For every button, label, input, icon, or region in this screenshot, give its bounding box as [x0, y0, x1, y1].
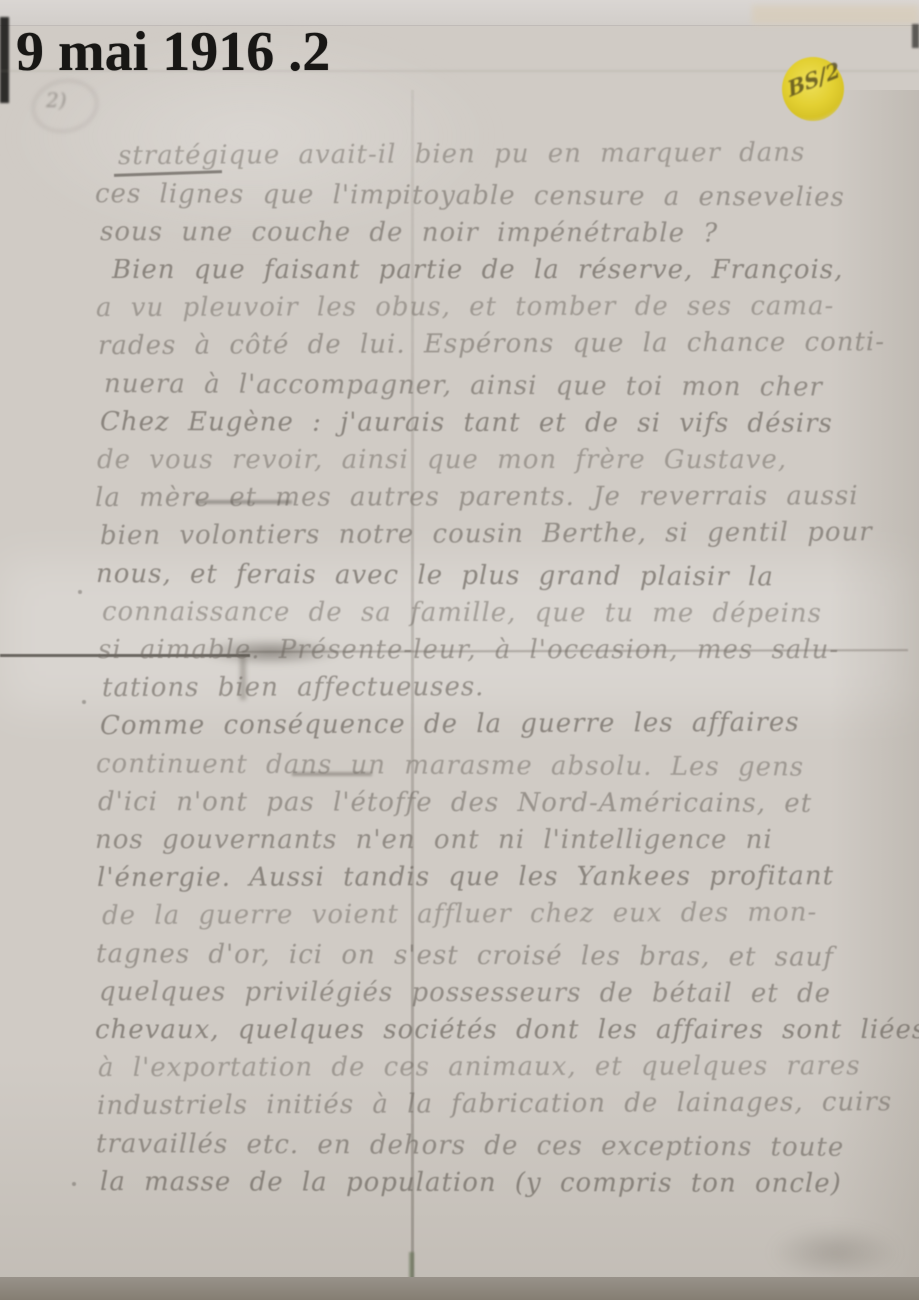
handwriting-line: l'énergie. Aussi tandis que les Yankees … [97, 863, 834, 891]
handwriting-line: bien volontiers notre cousin Berthe, si … [100, 519, 873, 549]
word-smear [196, 500, 292, 504]
handwriting-line: travaillés etc. en dehors de ces excepti… [96, 1131, 844, 1161]
handwriting-line: chevaux, quelques sociétés dont les affa… [95, 1017, 919, 1043]
handwriting-line: si aimable. Présente-leur, à l'occasion,… [98, 637, 839, 663]
scanned-letter-page: 9 mai 1916 .2 2) BS/2 stratégique avait-… [0, 0, 919, 1300]
table-surface-bottom [0, 1277, 919, 1300]
handwriting-line: rades à côté de lui. Espérons que la cha… [98, 329, 885, 359]
handwriting-line: a vu pleuvoir les obus, et tomber de ses… [96, 293, 834, 321]
handwriting-line: de vous revoir, ainsi que mon frère Gust… [97, 447, 787, 473]
handwriting-line: la masse de la population (y compris ton… [100, 1169, 842, 1197]
handwriting-line: à l'exportation de ces animaux, et quelq… [98, 1053, 861, 1081]
handwriting-line: Comme conséquence de la guerre les affai… [100, 710, 800, 739]
handwriting-line: connaissance de sa famille, que tu me dé… [102, 599, 822, 627]
word-smear [292, 772, 372, 776]
handwritten-letter-body: stratégique avait-il bien pu en marquer … [0, 0, 919, 1300]
handwriting-line: de la guerre voient affluer chez eux des… [102, 900, 817, 929]
handwriting-line: nos gouvernants n'en ont ni l'intelligen… [95, 827, 773, 853]
handwriting-line: stratégique avait-il bien pu en marquer … [118, 140, 806, 169]
handwriting-line: tagnes d'or, ici on s'est croisé les bra… [96, 941, 834, 971]
handwriting-line: continuent dans un marasme absolu. Les g… [96, 751, 804, 780]
handwriting-line: Bien que faisant partie de la réserve, F… [112, 257, 843, 283]
handwriting-line: industriels initiés à la fabrication de … [97, 1089, 892, 1119]
handwriting-line: quelques privilégiés possesseurs de béta… [99, 979, 831, 1007]
handwriting-line: Chez Eugène : j'aurais tant et de si vif… [100, 409, 833, 437]
handwriting-line: nous, et ferais avec le plus grand plais… [96, 561, 774, 590]
handwriting-line: la mère et mes autres parents. Je reverr… [95, 483, 859, 511]
handwriting-line: sous une couche de noir impénétrable ? [100, 219, 718, 247]
handwriting-line: d'ici n'ont pas l'étoffe des Nord-Améric… [98, 789, 812, 817]
handwriting-line: nuera à l'accompagner, ainsi que toi mon… [104, 371, 823, 401]
handwriting-line: tations bien affectueuses. [102, 674, 484, 701]
handwriting-line: ces lignes que l'impitoyable censure a e… [95, 181, 845, 211]
